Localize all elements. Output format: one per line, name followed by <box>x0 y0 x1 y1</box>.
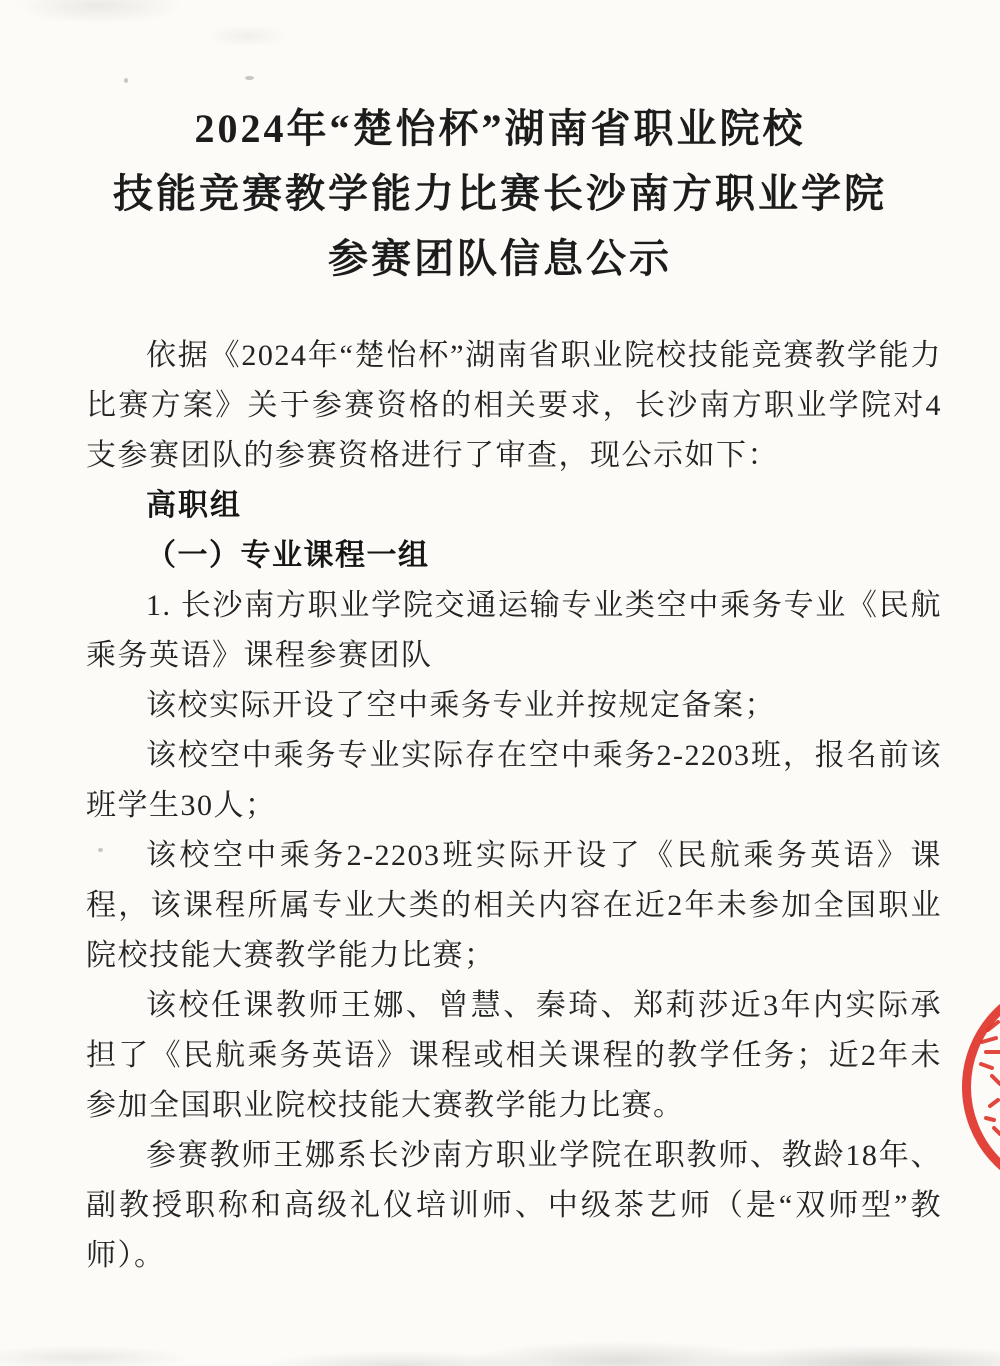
scan-artifact-top-left <box>0 0 330 60</box>
document-title-line-2: 技能竞赛教学能力比赛长沙南方职业学院 <box>60 161 940 226</box>
document-title-line-1: 2024年“楚怡杯”湖南省职业院校 <box>60 96 940 161</box>
group-heading: 高职组 <box>86 481 942 531</box>
document-body: 依据《2024年“楚怡杯”湖南省职业院校技能竞赛教学能力比赛方案》关于参赛资格的… <box>0 331 1000 1281</box>
scan-speck <box>245 76 254 80</box>
document-title-line-3: 参赛团队信息公示 <box>60 226 940 291</box>
teachers-paragraph: 该校任课教师王娜、曾慧、秦琦、郑莉莎近3年内实际承担了《民航乘务英语》课程或相关… <box>86 981 942 1131</box>
intro-paragraph: 依据《2024年“楚怡杯”湖南省职业院校技能竞赛教学能力比赛方案》关于参赛资格的… <box>86 331 942 481</box>
qualification-paragraph: 该校实际开设了空中乘务专业并按规定备案； <box>86 681 942 731</box>
scan-speck <box>98 848 103 852</box>
scan-speck <box>124 78 128 83</box>
document-title: 2024年“楚怡杯”湖南省职业院校 技能竞赛教学能力比赛长沙南方职业学院 参赛团… <box>60 96 940 291</box>
scan-artifact-bottom-edge <box>0 1312 1000 1366</box>
course-paragraph: 该校空中乘务2-2203班实际开设了《民航乘务英语》课程，该课程所属专业大类的相… <box>86 831 942 981</box>
lead-teacher-paragraph: 参赛教师王娜系长沙南方职业学院在职教师、教龄18年、副教授职称和高级礼仪培训师、… <box>86 1131 942 1281</box>
scanned-document-page: 2024年“楚怡杯”湖南省职业院校 技能竞赛教学能力比赛长沙南方职业学院 参赛团… <box>0 0 1000 1366</box>
subgroup-heading: （一）专业课程一组 <box>86 531 942 581</box>
class-paragraph: 该校空中乘务专业实际存在空中乘务2-2203班，报名前该班学生30人； <box>86 731 942 831</box>
team-title-paragraph: 1. 长沙南方职业学院交通运输专业类空中乘务专业《民航乘务英语》课程参赛团队 <box>86 581 942 681</box>
